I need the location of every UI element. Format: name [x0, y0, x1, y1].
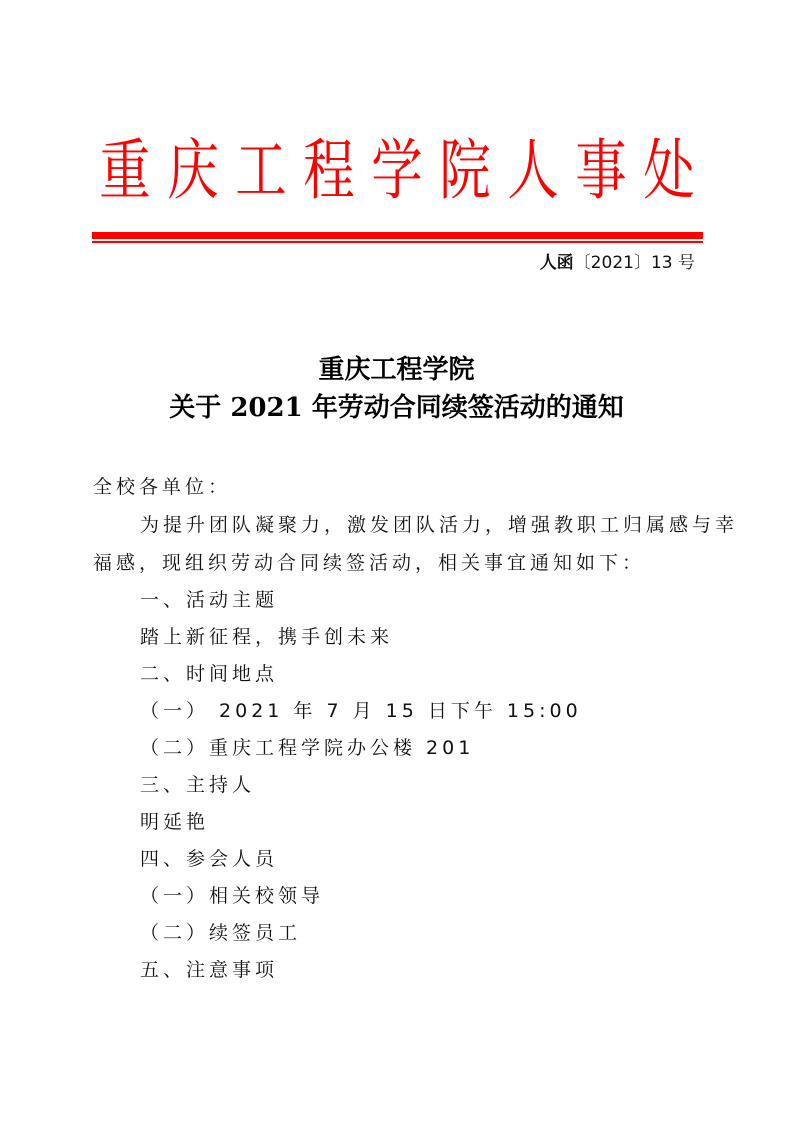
section2-item2: （二）重庆工程学院办公楼 201 — [140, 733, 474, 763]
masthead-char: 重 — [99, 128, 150, 214]
section2-item1: （一） 2021 年 7 月 15 日下午 15:00 — [140, 696, 582, 726]
document-number-prefix: 人函 — [540, 253, 574, 273]
section4-item2: （二）续签员工 — [140, 918, 301, 948]
section3-content: 明延艳 — [140, 807, 209, 837]
masthead-char: 庆 — [167, 128, 218, 214]
section1-content: 踏上新征程，携手创未来 — [140, 622, 393, 652]
section4-heading: 四、参会人员 — [140, 844, 278, 874]
masthead-char: 院 — [439, 128, 490, 214]
section2-heading: 二、时间地点 — [140, 659, 278, 689]
section3-heading: 三、主持人 — [140, 770, 255, 800]
red-divider-thick — [92, 232, 703, 239]
masthead-char: 事 — [575, 128, 626, 214]
document-number: 人函〔2021〕13 号 — [540, 250, 695, 276]
document-title-line2: 关于 2021 年劳动合同续签活动的通知 — [0, 388, 793, 428]
section1-heading: 一、活动主题 — [140, 585, 278, 615]
intro-paragraph-line2: 福感，现组织劳动合同续签活动，相关事宜通知如下： — [93, 548, 645, 578]
masthead-title: 重 庆 工 程 学 院 人 事 处 — [92, 128, 702, 214]
red-divider-thin — [92, 241, 703, 243]
section4-item1: （一）相关校领导 — [140, 881, 324, 911]
salutation: 全校各单位： — [93, 472, 231, 502]
intro-paragraph-line1: 为提升团队凝聚力，激发团队活力，增强教职工归属感与幸 — [140, 510, 738, 540]
masthead-char: 学 — [371, 128, 422, 214]
document-number-value: 〔2021〕13 号 — [574, 253, 695, 273]
masthead-char: 工 — [235, 128, 286, 214]
masthead-char: 程 — [303, 128, 354, 214]
section5-heading: 五、注意事项 — [140, 955, 278, 985]
masthead-char: 处 — [643, 128, 694, 214]
masthead-char: 人 — [507, 128, 558, 214]
document-title-line1: 重庆工程学院 — [0, 350, 793, 390]
